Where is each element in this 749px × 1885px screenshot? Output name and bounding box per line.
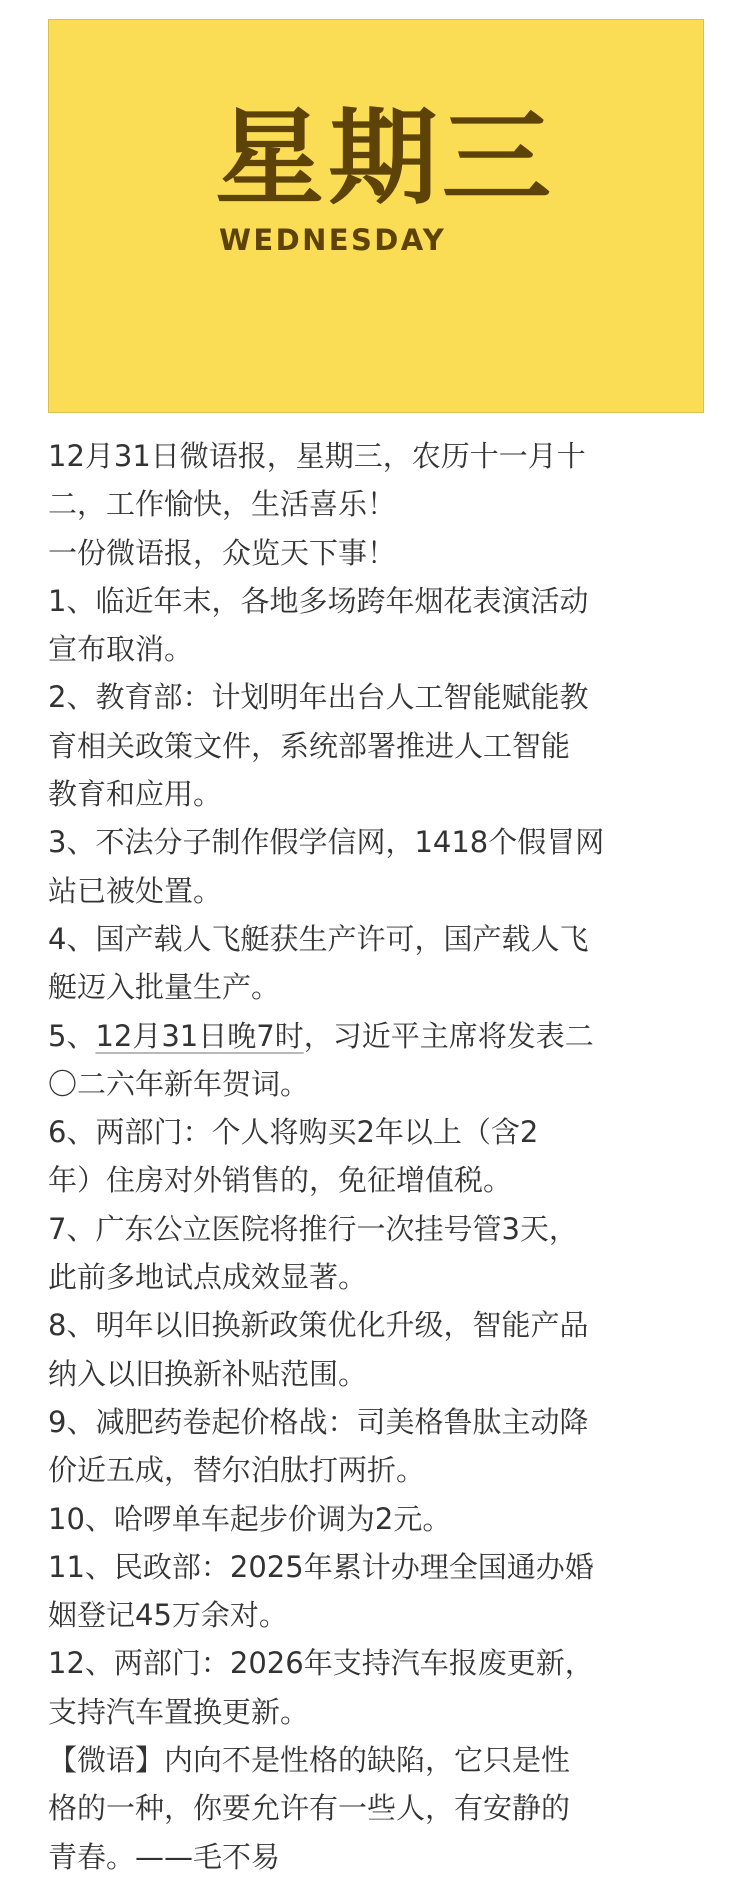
- news-item-2: 2、教育部：计划明年出台人工智能赋能教 育相关政策文件，系统部署推进人工智能 教…: [48, 673, 728, 818]
- news-text: ，习近平主席将发表二: [304, 1019, 594, 1053]
- news-line: 1、临近年末，各地多场跨年烟花表演活动: [48, 577, 728, 625]
- news-item-3: 3、不法分子制作假学信网，1418个假冒网 站已被处置。: [48, 818, 728, 915]
- news-item-11: 11、民政部：2025年累计办理全国通办婚 姻登记45万余对。: [48, 1543, 728, 1640]
- intro-line: 12月31日微语报，星期三，农历十一月十: [48, 432, 728, 480]
- news-line: 宣布取消。: [48, 625, 728, 673]
- quote-line: 青春。——毛不易: [48, 1833, 728, 1881]
- quote-line: 格的一种，你要允许有一些人，有安静的: [48, 1784, 728, 1832]
- news-line: 5、12月31日晚7时，习近平主席将发表二: [48, 1012, 728, 1060]
- news-line: 教育和应用。: [48, 770, 728, 818]
- news-line: 支持汽车置换更新。: [48, 1688, 728, 1736]
- news-line: 3、不法分子制作假学信网，1418个假冒网: [48, 818, 728, 866]
- news-item-8: 8、明年以旧换新政策优化升级，智能产品 纳入以旧换新补贴范围。: [48, 1301, 728, 1398]
- news-item-9: 9、减肥药卷起价格战：司美格鲁肽主动降 价近五成，替尔泊肽打两折。: [48, 1398, 728, 1495]
- news-line: 11、民政部：2025年累计办理全国通办婚: [48, 1543, 728, 1591]
- date-time-link[interactable]: 12月31日晚7时: [95, 1019, 303, 1053]
- news-line: 纳入以旧换新补贴范围。: [48, 1350, 728, 1398]
- news-line: 9、减肥药卷起价格战：司美格鲁肽主动降: [48, 1398, 728, 1446]
- intro-line: 二，工作愉快，生活喜乐！: [48, 480, 728, 528]
- weekday-banner: 星期三 WEDNESDAY: [48, 19, 704, 413]
- news-line: 6、两部门：个人将购买2年以上（含2: [48, 1108, 728, 1156]
- quote-line: 【微语】内向不是性格的缺陷，它只是性: [48, 1736, 728, 1784]
- news-line: 8、明年以旧换新政策优化升级，智能产品: [48, 1301, 728, 1349]
- weekday-subtitle: WEDNESDAY: [219, 225, 446, 255]
- news-line: 12、两部门：2026年支持汽车报废更新，: [48, 1639, 728, 1687]
- news-line: 站已被处置。: [48, 867, 728, 915]
- news-line: 〇二六年新年贺词。: [48, 1060, 728, 1108]
- news-item-1: 1、临近年末，各地多场跨年烟花表演活动 宣布取消。: [48, 577, 728, 674]
- news-line: 艇迈入批量生产。: [48, 963, 728, 1011]
- item-number: 5、: [48, 1019, 95, 1053]
- news-line: 4、国产载人飞艇获生产许可，国产载人飞: [48, 915, 728, 963]
- news-line: 此前多地试点成效显著。: [48, 1253, 728, 1301]
- daily-quote: 【微语】内向不是性格的缺陷，它只是性 格的一种，你要允许有一些人，有安静的 青春…: [48, 1736, 728, 1881]
- news-item-12: 12、两部门：2026年支持汽车报废更新， 支持汽车置换更新。: [48, 1639, 728, 1736]
- news-line: 2、教育部：计划明年出台人工智能赋能教: [48, 673, 728, 721]
- news-line: 10、哈啰单车起步价调为2元。: [48, 1495, 728, 1543]
- weekday-title: 星期三: [215, 106, 568, 210]
- news-line: 7、广东公立医院将推行一次挂号管3天，: [48, 1205, 728, 1253]
- news-item-7: 7、广东公立医院将推行一次挂号管3天， 此前多地试点成效显著。: [48, 1205, 728, 1302]
- news-item-4: 4、国产载人飞艇获生产许可，国产载人飞 艇迈入批量生产。: [48, 915, 728, 1012]
- news-line: 育相关政策文件，系统部署推进人工智能: [48, 722, 728, 770]
- news-line: 年）住房对外销售的，免征增值税。: [48, 1156, 728, 1204]
- news-item-10: 10、哈啰单车起步价调为2元。: [48, 1495, 728, 1543]
- news-item-5: 5、12月31日晚7时，习近平主席将发表二 〇二六年新年贺词。: [48, 1012, 728, 1109]
- news-item-6: 6、两部门：个人将购买2年以上（含2 年）住房对外销售的，免征增值税。: [48, 1108, 728, 1205]
- news-digest: 12月31日微语报，星期三，农历十一月十 二，工作愉快，生活喜乐！ 一份微语报，…: [48, 432, 728, 1881]
- news-line: 价近五成，替尔泊肽打两折。: [48, 1446, 728, 1494]
- news-line: 姻登记45万余对。: [48, 1591, 728, 1639]
- intro-line: 一份微语报，众览天下事！: [48, 529, 728, 577]
